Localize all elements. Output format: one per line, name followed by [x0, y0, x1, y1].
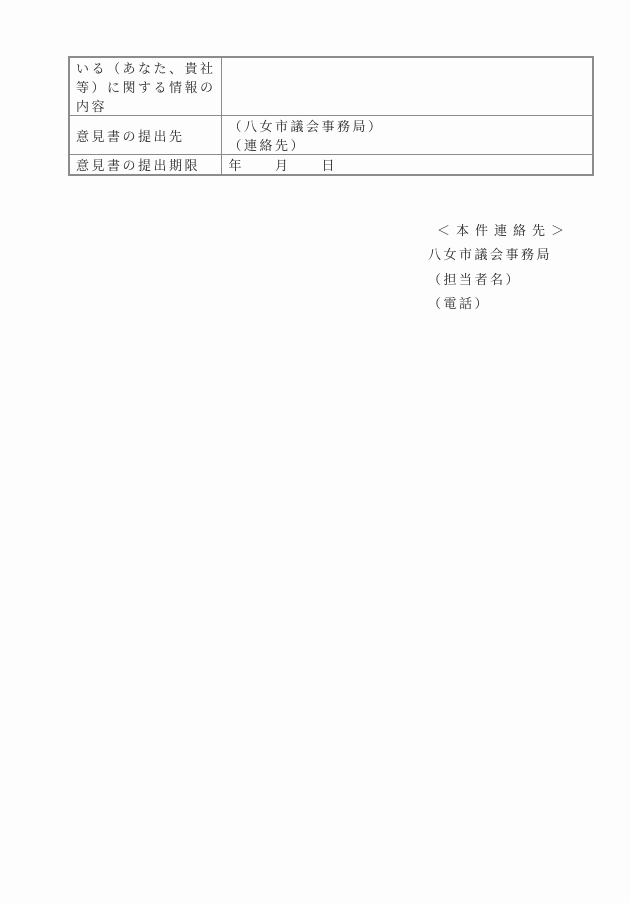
row1-label-line2: 等）に関する情報の	[76, 77, 216, 96]
row2-value-line2: （連絡先）	[229, 135, 586, 154]
row1-label-line3: 内容	[76, 96, 216, 115]
row1-label-line1: いる（あなた、貴社	[76, 58, 216, 77]
table-row-information-content: いる（あなた、貴社 等）に関する情報の 内容	[69, 57, 593, 116]
row3-label-cell: 意見書の提出期限	[69, 155, 221, 176]
row3-value-cell: 年 月 日	[221, 155, 593, 176]
opinion-request-table: いる（あなた、貴社 等）に関する情報の 内容 意見書の提出先 （八女市議会事務局…	[68, 56, 594, 176]
row1-value-cell-empty	[221, 57, 593, 116]
table-row-submission-deadline: 意見書の提出期限 年 月 日	[69, 155, 593, 176]
contact-office-name: 八女市議会事務局	[428, 243, 570, 267]
document-page: いる（あなた、貴社 等）に関する情報の 内容 意見書の提出先 （八女市議会事務局…	[0, 0, 630, 903]
contact-phone-blank: （電話）	[428, 292, 570, 316]
row2-value-cell: （八女市議会事務局） （連絡先）	[221, 116, 593, 155]
contact-person-blank: （担当者名）	[428, 268, 570, 292]
row1-label-cell: いる（あなた、貴社 等）に関する情報の 内容	[69, 57, 221, 116]
row2-value-line1: （八女市議会事務局）	[229, 116, 586, 135]
table-row-submission-destination: 意見書の提出先 （八女市議会事務局） （連絡先）	[69, 116, 593, 155]
deadline-date-blank: 年 月 日	[229, 158, 338, 173]
contact-block: ＜本件連絡先＞ 八女市議会事務局 （担当者名） （電話）	[428, 219, 570, 316]
row2-label-cell: 意見書の提出先	[69, 116, 221, 155]
contact-heading: ＜本件連絡先＞	[428, 219, 570, 243]
